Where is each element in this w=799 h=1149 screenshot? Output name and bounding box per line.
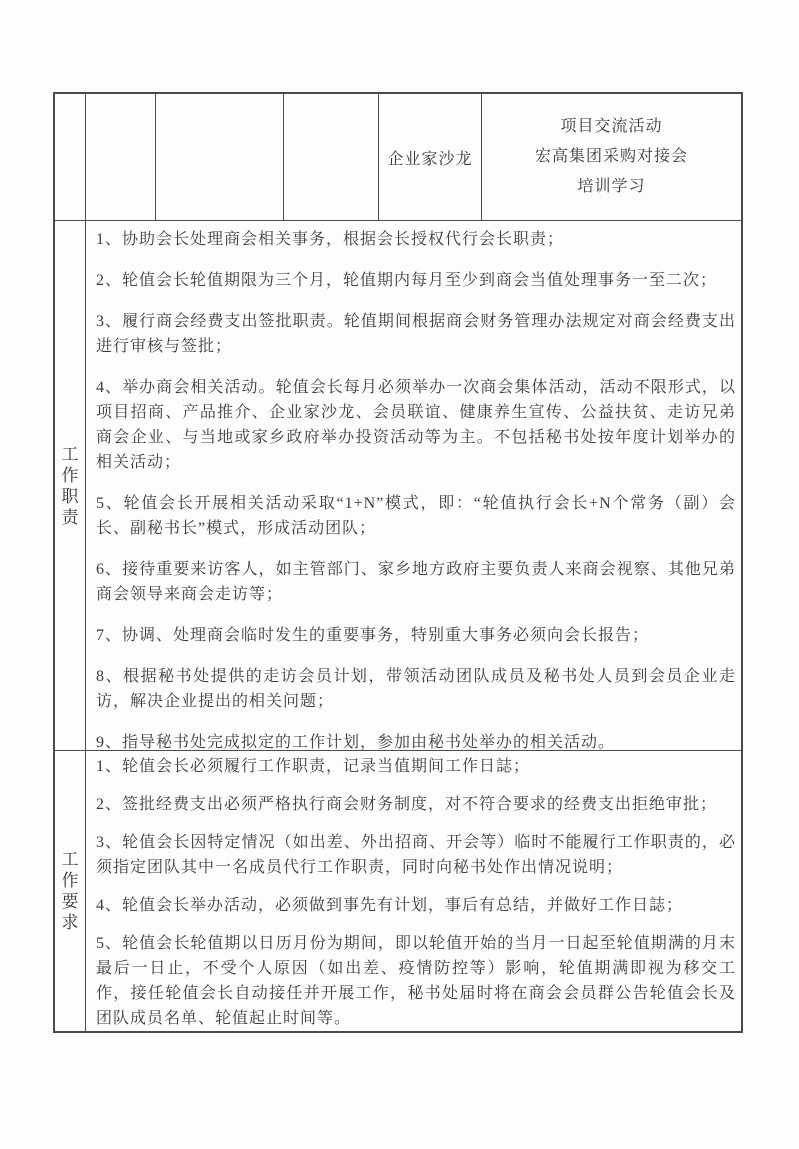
events-cell: 项目交流活动 宏高集团采购对接会 培训学习 — [482, 94, 741, 220]
duty-item: 7、协调、处理商会临时发生的重要事务，特别重大事务必须向会长报告； — [96, 623, 736, 648]
section-label-duties: 工作职责 — [61, 444, 79, 528]
section-label-requirements: 工作要求 — [61, 849, 79, 933]
header-cell-empty-2 — [86, 94, 156, 220]
duties-content: 1、协助会长处理商会相关事务，根据会长授权代行会长职责； 2、轮值会长轮值期限为… — [86, 221, 741, 750]
section-duties: 工作职责 1、协助会长处理商会相关事务，根据会长授权代行会长职责； 2、轮值会长… — [55, 221, 741, 751]
header-cell-empty-4 — [284, 94, 379, 220]
header-cell-empty-1 — [55, 94, 86, 220]
duty-item: 2、轮值会长轮值期限为三个月，轮值期内每月至少到商会当值处理事务一至二次； — [96, 268, 736, 293]
duty-item: 8、根据秘书处提供的走访会员计划，带领活动团队成员及秘书处人员到会员企业走访，解… — [96, 664, 736, 714]
events-list: 项目交流活动 宏高集团采购对接会 培训学习 — [535, 112, 688, 202]
duty-schedule-table: 企业家沙龙 项目交流活动 宏高集团采购对接会 培训学习 工作职责 1、协助会长处… — [53, 92, 743, 1033]
event-item: 项目交流活动 — [535, 112, 688, 142]
section-label-cell-duties: 工作职责 — [55, 221, 86, 750]
table-header-row: 企业家沙龙 项目交流活动 宏高集团采购对接会 培训学习 — [55, 94, 741, 221]
section-label-cell-requirements: 工作要求 — [55, 751, 86, 1031]
requirement-item: 3、轮值会长因特定情况（如出差、外出招商、开会等）临时不能履行工作职责的，必须指… — [96, 830, 736, 880]
duty-item: 1、协助会长处理商会相关事务，根据会长授权代行会长职责； — [96, 227, 736, 252]
activity-cell: 企业家沙龙 — [379, 94, 482, 220]
requirement-item: 4、轮值会长举办活动，必须做到事先有计划，事后有总结，并做好工作日誌； — [96, 893, 736, 918]
section-requirements: 工作要求 1、轮值会长必须履行工作职责，记录当值期间工作日誌； 2、签批经费支出… — [55, 751, 741, 1031]
event-item: 培训学习 — [535, 172, 688, 202]
duty-item: 5、轮值会长开展相关活动采取“1+N”模式，即：“轮值执行会长+N个常务（副）会… — [96, 491, 736, 541]
header-cell-empty-3 — [156, 94, 284, 220]
duty-item: 9、指导秘书处完成拟定的工作计划，参加由秘书处举办的相关活动。 — [96, 730, 736, 750]
requirements-content: 1、轮值会长必须履行工作职责，记录当值期间工作日誌； 2、签批经费支出必须严格执… — [86, 751, 741, 1031]
requirement-item: 2、签批经费支出必须严格执行商会财务制度，对不符合要求的经费支出拒绝审批； — [96, 792, 736, 817]
duty-item: 3、履行商会经费支出签批职责。轮值期间根据商会财务管理办法规定对商会经费支出进行… — [96, 309, 736, 359]
duty-item: 6、接待重要来访客人，如主管部门、家乡地方政府主要负责人来商会视察、其他兄弟商会… — [96, 557, 736, 607]
requirement-item: 1、轮值会长必须履行工作职责，记录当值期间工作日誌； — [96, 754, 736, 779]
document-page: 企业家沙龙 项目交流活动 宏高集团采购对接会 培训学习 工作职责 1、协助会长处… — [0, 0, 799, 1149]
duty-item: 4、举办商会相关活动。轮值会长每月必须举办一次商会集体活动，活动不限形式，以项目… — [96, 375, 736, 475]
requirement-item: 5、轮值会长轮值期以日历月份为期间，即以轮值开始的当月一日起至轮值期满的月末最后… — [96, 931, 736, 1031]
event-item: 宏高集团采购对接会 — [535, 142, 688, 172]
